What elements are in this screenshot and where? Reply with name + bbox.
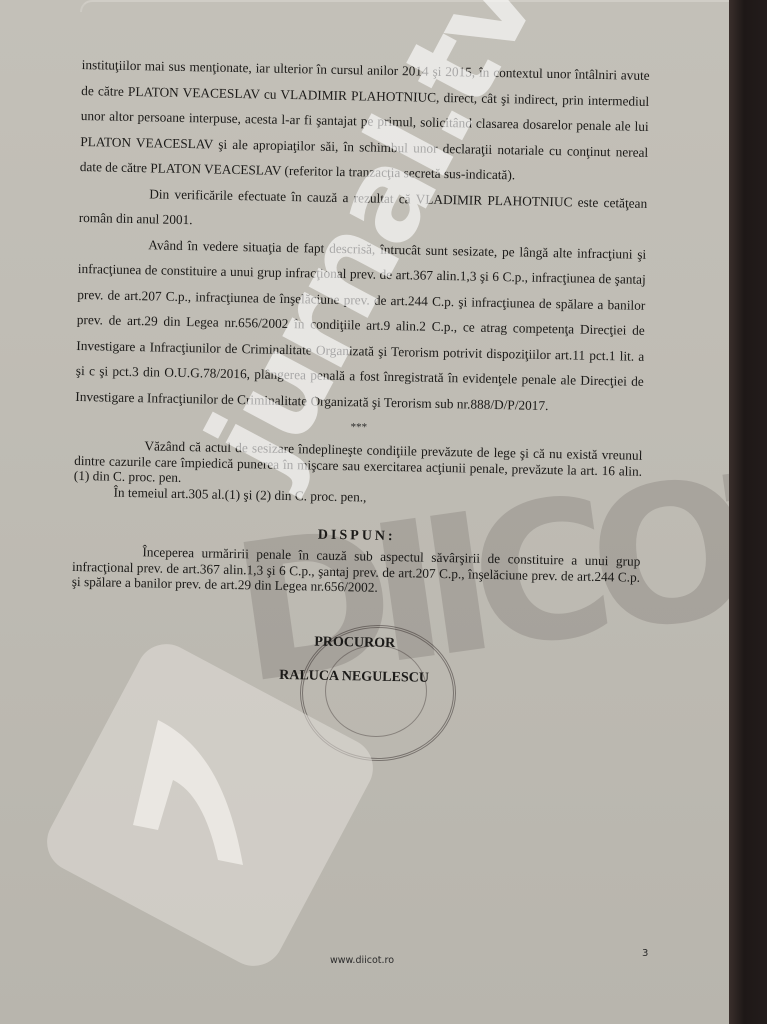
- page-number: 3: [642, 948, 648, 959]
- footer-url: www.diicot.ro: [330, 955, 394, 966]
- document-body: instituţiilor mai sus menţionate, iar ul…: [70, 52, 650, 692]
- paragraph-1: instituţiilor mai sus menţionate, iar ul…: [80, 52, 650, 190]
- paragraph-3: Având în vedere situaţia de fapt descris…: [75, 230, 646, 419]
- page-fold: [80, 0, 732, 12]
- paragraph-6: Începerea urmăririi penale în cauză sub …: [72, 543, 641, 600]
- background-dark-edge: [729, 0, 767, 1024]
- document-page: DIICOT instituţiilor mai sus menţionate,…: [0, 0, 730, 1024]
